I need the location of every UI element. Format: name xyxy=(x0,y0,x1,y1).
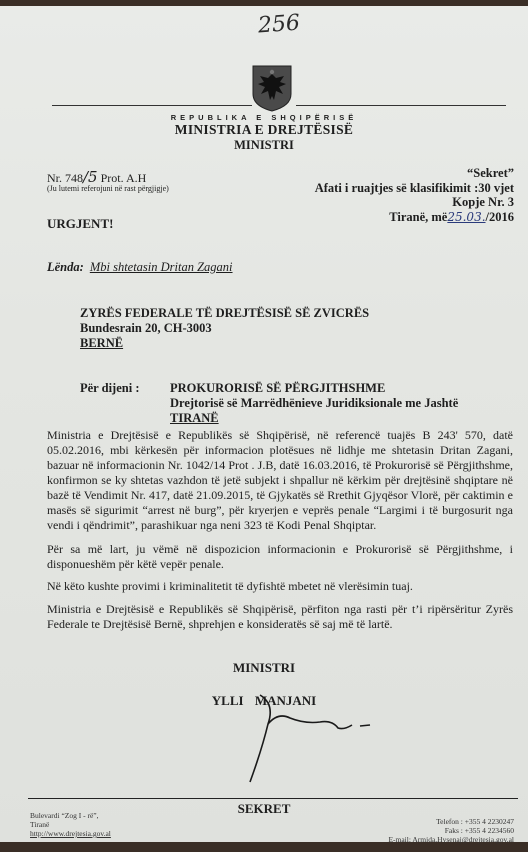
addressee-block: ZYRËS FEDERALE TË DREJTËSISË SË ZVICRËS … xyxy=(80,306,369,351)
subject-label: Lënda: xyxy=(47,260,84,274)
header-rule-left xyxy=(52,105,252,106)
phone: Telefon : +355 4 2230247 xyxy=(388,817,514,826)
handwritten-page-number: 256 xyxy=(257,11,301,39)
retention-period: Afati i ruajtjes së klasifikimit :30 vje… xyxy=(315,181,514,196)
body-paragraph-4: Ministria e Drejtësisë e Republikës së S… xyxy=(47,602,513,632)
email[interactable]: E-mail: Armida.Hysenaj@drejtesia.gov.al xyxy=(388,835,514,844)
fax: Faks : +355 4 2234560 xyxy=(388,826,514,835)
coat-of-arms-icon xyxy=(251,64,293,112)
republic-name: REPUBLIKA E SHQIPËRISË xyxy=(0,113,528,122)
signatory-title: MINISTRI xyxy=(0,660,528,676)
website-link[interactable]: http://www.drejtesia.gov.al xyxy=(30,829,111,838)
letter-page: 256 REPUBLIKA E SHQIPËRISË MINISTRIA E D… xyxy=(0,6,528,842)
cc-label: Për dijeni : xyxy=(80,381,152,396)
letter-date: Tiranë, më25.03./2016 xyxy=(315,210,514,225)
classification-block: “Sekret” Afati i ruajtjes së klasifikimi… xyxy=(315,166,514,224)
footer-contacts: Telefon : +355 4 2230247 Faks : +355 4 2… xyxy=(388,817,514,844)
header-rule-right xyxy=(296,105,506,106)
urgent-marker: URGJENT! xyxy=(47,216,113,232)
footer-address: Bulevardi “Zog I - rë”, Tiranë http://ww… xyxy=(30,811,111,838)
subject-line: Lënda:Mbi shtetasin Dritan Zagani xyxy=(47,260,233,275)
copy-number: Kopje Nr. 3 xyxy=(315,195,514,210)
cc-block: Për dijeni : PROKURORISË SË PËRGJITHSHME… xyxy=(80,381,152,396)
subject-value: Mbi shtetasin Dritan Zagani xyxy=(90,260,233,274)
office-name: MINISTRI xyxy=(0,138,528,153)
footer-rule xyxy=(28,798,518,799)
body-paragraph-2: Për sa më lart, ju vëmë në dispozicion i… xyxy=(47,542,513,572)
date-handwritten: 25.03. xyxy=(447,210,485,224)
reference-note: (Ju lutemi referojuni në rast përgjigje) xyxy=(47,184,169,193)
handwritten-signature-icon xyxy=(220,694,380,784)
body-paragraph-3: Në këto kushte provimi i kriminalitetit … xyxy=(47,579,513,594)
body-paragraph-1: Ministria e Drejtësisë e Republikës së S… xyxy=(47,428,513,533)
ministry-name: MINISTRIA E DREJTËSISË xyxy=(0,122,528,138)
classification-label: “Sekret” xyxy=(315,166,514,181)
